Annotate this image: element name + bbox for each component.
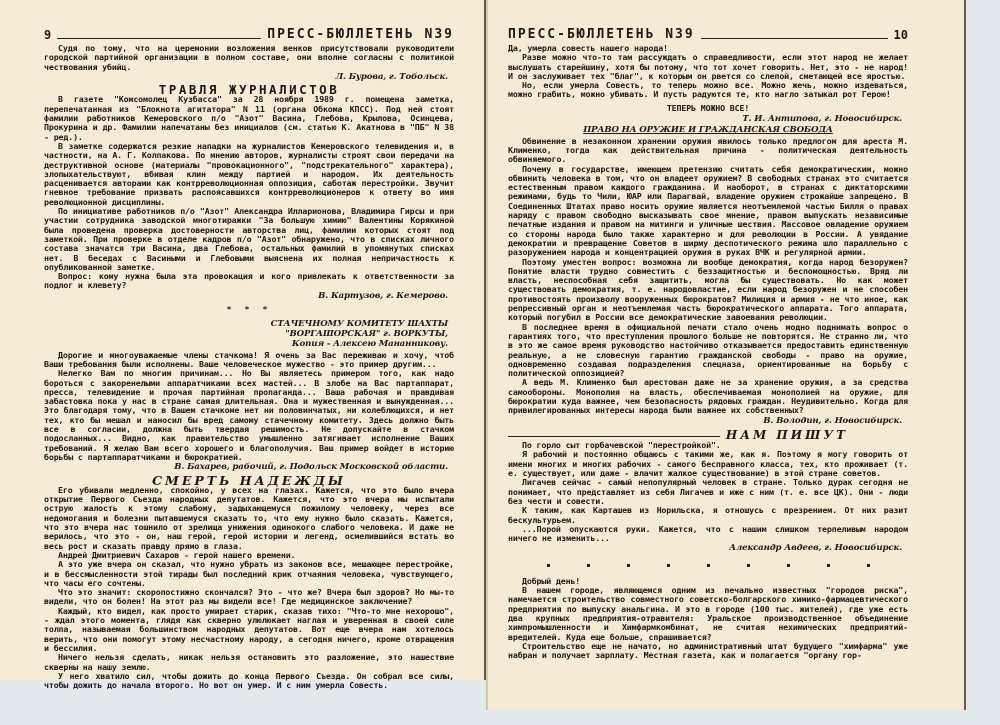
- paragraph: Я рабочий и постоянно общаюсь с такими ж…: [508, 450, 908, 478]
- paragraph: Дорогие и многоуважаемые члены стачкома!…: [44, 351, 454, 370]
- intro-signature: Л. Бурова, г. Тобольск.: [44, 73, 448, 82]
- paragraph: В последнее время в официальной печати с…: [508, 323, 908, 379]
- header-rule: [701, 38, 888, 39]
- page-number: 10: [894, 28, 908, 42]
- paragraph: ...Порой опускаются руки. Кажется, что с…: [508, 525, 908, 544]
- header-rule: [57, 38, 261, 39]
- paragraph: В нашем городе, являющемся одним из печа…: [508, 586, 908, 642]
- paragraph: В заметке содержатся резкие нападки на ж…: [44, 142, 454, 207]
- dot: [747, 564, 750, 567]
- page-header: ПРЕСС-БЮЛЛЕТЕНЬ N39 10: [508, 28, 908, 42]
- article-title: ТРАВЛЯ ЖУРНАЛИСТОВ: [44, 85, 454, 94]
- paragraph: А это уже вчера он сказал, что нужно убр…: [44, 560, 454, 588]
- paragraph: По инициативе работников п/о "Азот" Алек…: [44, 207, 454, 272]
- left-page-content: 9 ПРЕСС-БЮЛЛЕТЕНЬ N39 Судя по тому, что …: [44, 28, 454, 690]
- paragraph: У него хватило сил, чтобы дожить до конц…: [44, 672, 454, 691]
- section-title: НАМ ПИШУТ: [726, 431, 848, 440]
- bulletin-title: ПРЕСС-БЮЛЛЕТЕНЬ N39: [267, 28, 454, 42]
- paragraph: Поэтому уместен вопрос: возможна ли вооб…: [508, 258, 908, 323]
- closing-signature: Т. И. Антипова, г. Новосибирск.: [508, 115, 902, 124]
- paragraph: Ничего нельзя сделать, никак нельзя оста…: [44, 653, 454, 672]
- section-header: НАМ ПИШУТ: [508, 431, 908, 440]
- paragraph: Его убивали медленно, спокойно, у всех н…: [44, 486, 454, 551]
- dot: [587, 564, 590, 567]
- dot: [787, 564, 790, 567]
- paragraph: В газете "Комсомолец Кузбасса" за 28 ноя…: [44, 95, 454, 141]
- article-signature: В. Володин, г. Новосибирск.: [508, 417, 902, 426]
- paragraph: Каждый, кто видел, как просто умирает ст…: [44, 607, 454, 653]
- paragraph: Но, если умерла Совесть, то теперь можно…: [508, 81, 908, 100]
- left-page: 9 ПРЕСС-БЮЛЛЕТЕНЬ N39 Судя по тому, что …: [0, 0, 486, 680]
- paragraph: Почему в государстве, имеющем претензию …: [508, 165, 908, 258]
- article-signature: В. Картузов, г. Кемерово.: [44, 292, 448, 301]
- dot: [627, 564, 630, 567]
- article-title: СМЕРТЬ НАДЕЖДЫ: [44, 476, 454, 485]
- letter-signature: В. Бахарев, рабочий, г. Подольск Московс…: [44, 463, 448, 472]
- page-header: 9 ПРЕСС-БЮЛЛЕТЕНЬ N39: [44, 28, 454, 42]
- paragraph: Разве можно что-то там рассуждать о спра…: [508, 53, 908, 81]
- page-number: 9: [44, 28, 51, 42]
- paragraph: К таким, как Карташев из Норильска, я от…: [508, 506, 908, 525]
- intro-paragraph: Судя по тому, что на церемонии возложени…: [44, 44, 454, 72]
- paragraph: Строительство еще не начато, но админист…: [508, 642, 908, 661]
- section-rule: [508, 436, 720, 437]
- separator: * * *: [44, 305, 454, 314]
- paragraph: А ведь М. Клименко был арестован даже не…: [508, 378, 908, 415]
- paragraph: Нелегко Вам по многим причинам... Но Вы …: [44, 369, 454, 462]
- right-page-content: ПРЕСС-БЮЛЛЕТЕНЬ N39 10 Да, умерла совест…: [508, 28, 908, 660]
- dot: [547, 564, 550, 567]
- dot: [667, 564, 670, 567]
- paragraph: Вопрос: кому нужна была эта провокация и…: [44, 272, 454, 291]
- paragraph: Обвинение в незаконном хранении оружия я…: [508, 137, 908, 165]
- closing-caption: ТЕПЕРЬ МОЖНО ВСЕ!: [508, 104, 908, 113]
- dot: [867, 564, 870, 567]
- bulletin-title: ПРЕСС-БЮЛЛЕТЕНЬ N39: [508, 28, 695, 42]
- dot: [707, 564, 710, 567]
- right-page: ПРЕСС-БЮЛЛЕТЕНЬ N39 10 Да, умерла совест…: [488, 0, 966, 710]
- dot: [827, 564, 830, 567]
- paragraph: Лигачев сейчас - самый непопулярный чело…: [508, 478, 908, 506]
- letter-signature: Александр Авдеев, г. Новосибирск.: [508, 544, 902, 553]
- address-line: Копия - Алексею Мананникову.: [44, 340, 448, 350]
- letter-address: СТАЧЕЧНОМУ КОМИТЕТУ ШАХТЫ "ВОРГАШОРСКАЯ"…: [44, 320, 448, 349]
- article-title: ПРАВО НА ОРУЖИЕ И ГРАЖДАНСКАЯ СВОБОДА: [508, 126, 908, 135]
- dot-separator: [528, 564, 888, 567]
- paragraph: Что это значит: скоропостижно скончался?…: [44, 588, 454, 607]
